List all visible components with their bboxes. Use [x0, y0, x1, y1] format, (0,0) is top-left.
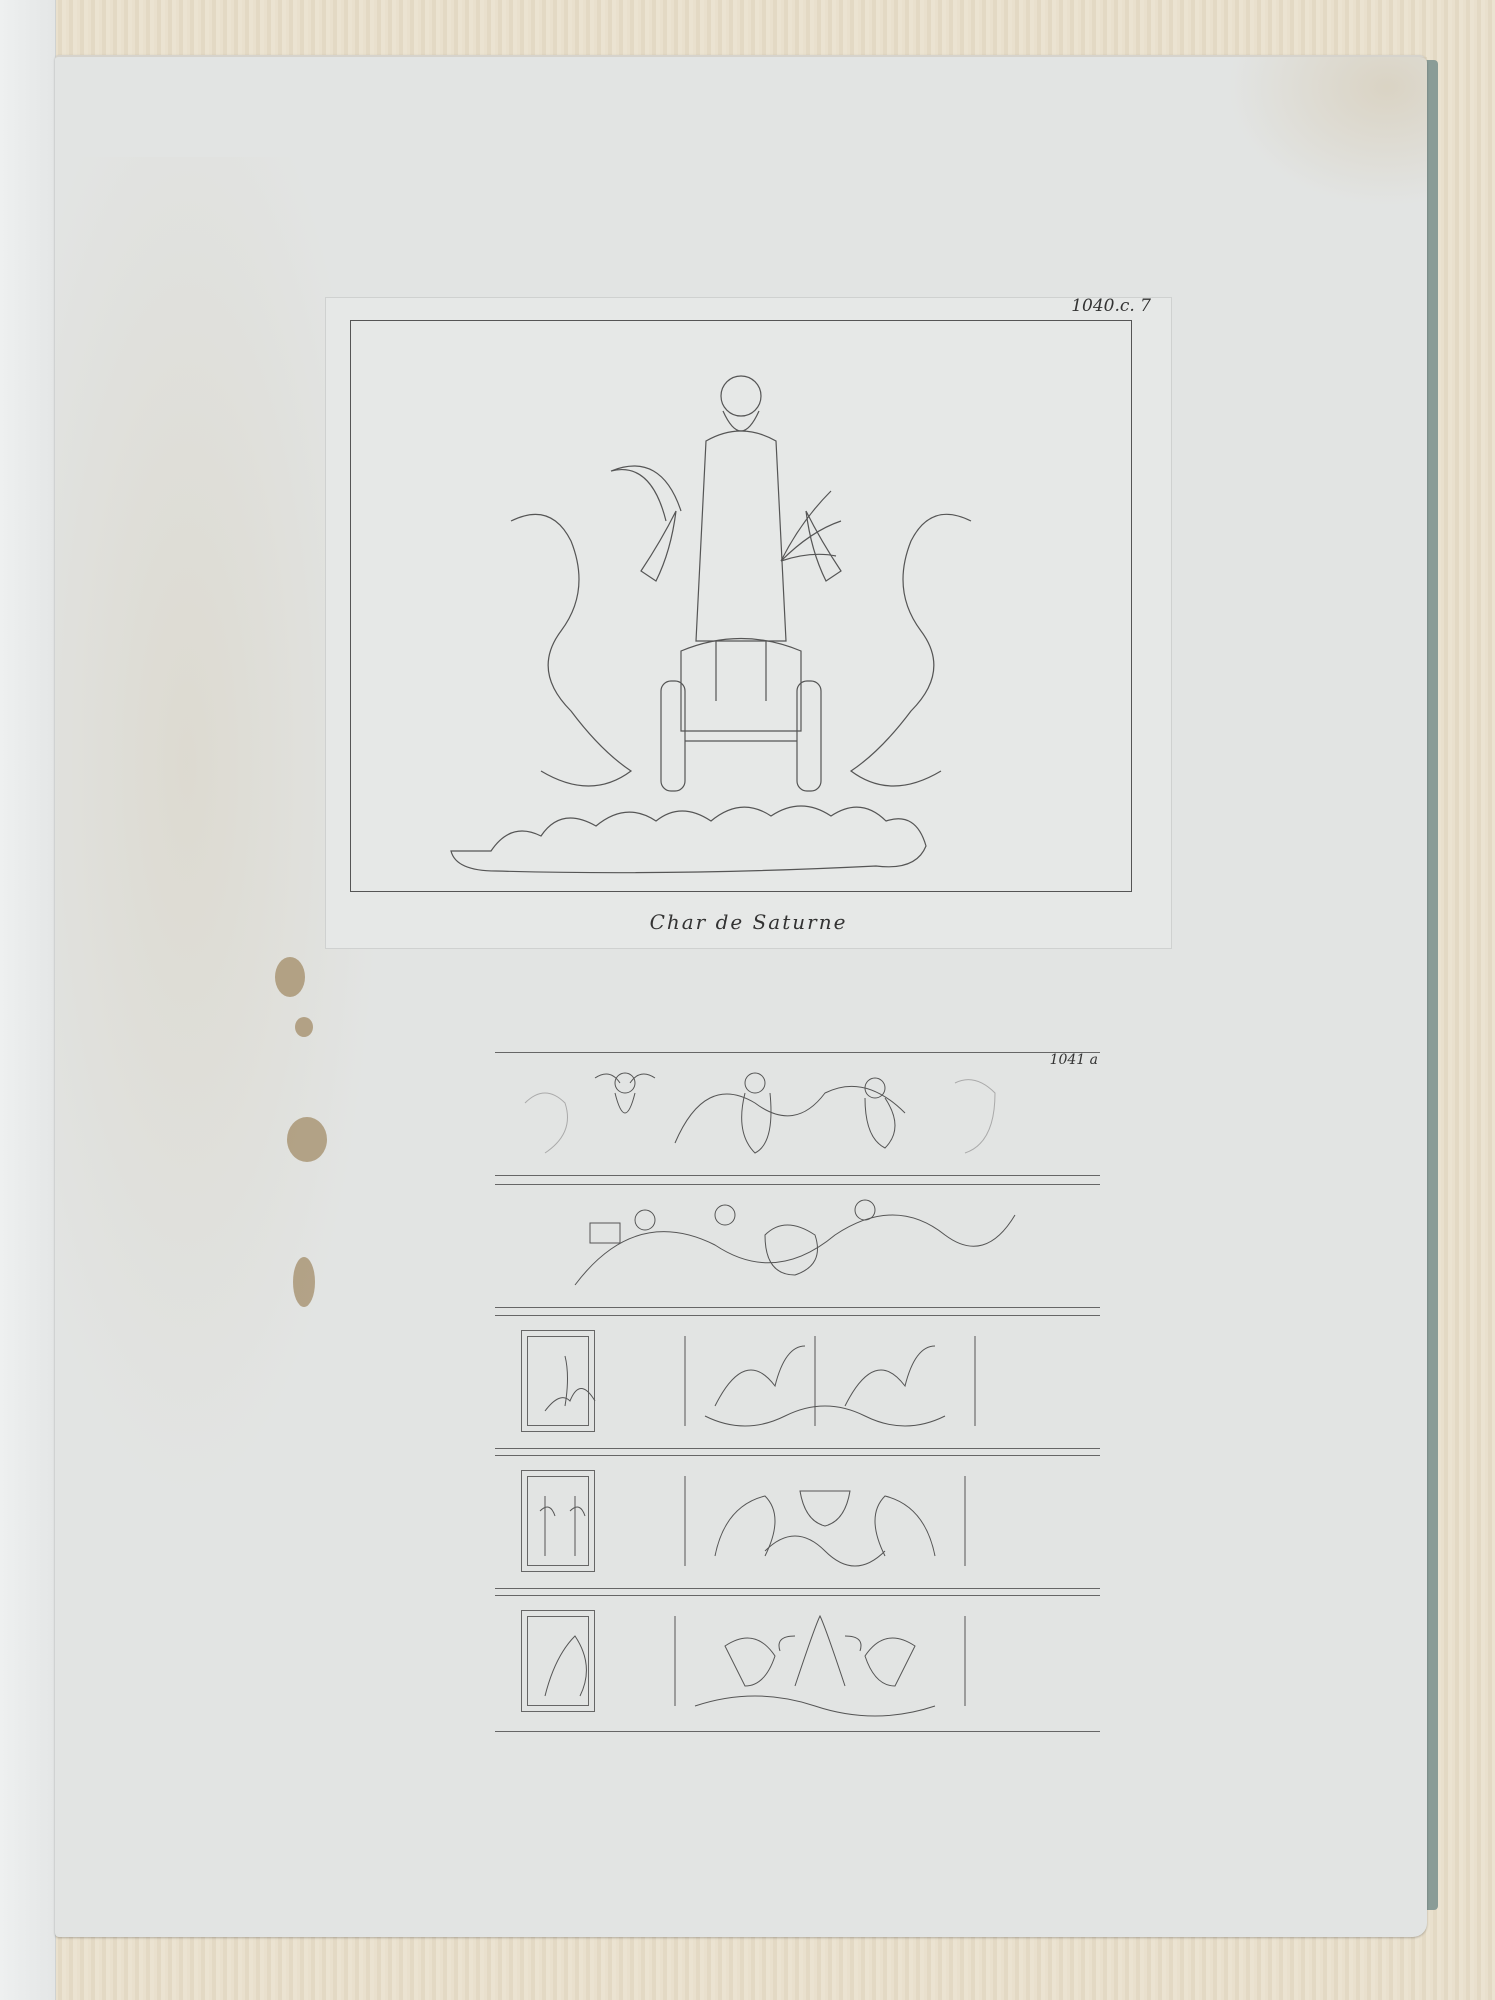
- plate-caption: Char de Saturne: [326, 910, 1171, 934]
- frieze-band-3: [495, 1315, 1100, 1449]
- frieze-band-4: [495, 1455, 1100, 1589]
- putti-frieze: [495, 1053, 1100, 1175]
- lions-urn-frieze: [495, 1456, 1100, 1588]
- saturn-chariot-illustration: [351, 321, 1131, 891]
- birds-scroll-frieze: [495, 1596, 1100, 1731]
- foxing-spot: [275, 957, 305, 997]
- facing-page-edge: [0, 0, 56, 2000]
- frieze-band-5: [495, 1595, 1100, 1732]
- corner-stain: [1227, 57, 1427, 207]
- griffins-frieze: [495, 1316, 1100, 1448]
- engraving-plate-saturn: 1040.c. 7: [325, 297, 1172, 949]
- foxing-spot: [295, 1017, 313, 1037]
- foxing-spot: [293, 1257, 315, 1307]
- engraving-plate-friezes: 1041 a: [495, 1052, 1100, 1822]
- plate-frame: [350, 320, 1132, 892]
- plate-number: 1040.c. 7: [1071, 296, 1151, 316]
- putti-lyre-panther-frieze: [495, 1185, 1100, 1307]
- foxing-spot: [287, 1117, 327, 1162]
- book-page: 1040.c. 7: [55, 55, 1427, 1937]
- frieze-band-1: [495, 1052, 1100, 1176]
- frieze-band-2: [495, 1184, 1100, 1308]
